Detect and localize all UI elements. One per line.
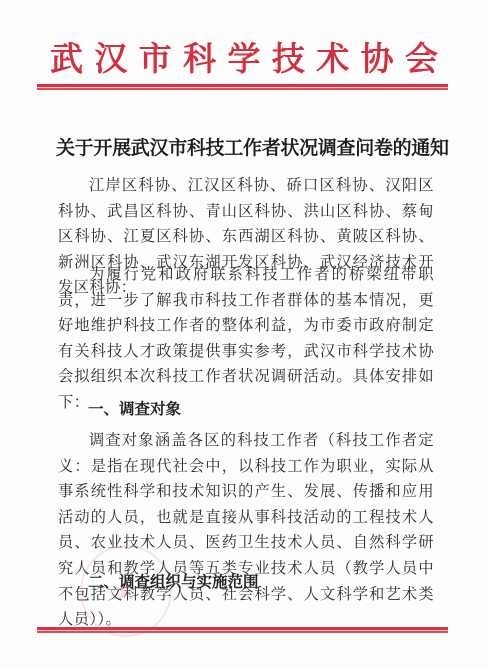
document-page: 武汉市科学技术协会 关于开展武汉市科技工作者状况调查问卷的通知 江岸区科协、江汉… <box>0 0 489 669</box>
letterhead-red-rule-top <box>37 84 448 90</box>
letterhead-organization-name: 武汉市科学技术协会 <box>50 39 440 79</box>
section-heading-organization-scope: 二、调查组织与实施范围 <box>88 571 259 593</box>
footer-red-rule <box>37 627 448 633</box>
section-heading-survey-target: 一、调查对象 <box>88 398 181 420</box>
intro-paragraph: 为履行党和政府联系科技工作者的桥梁纽带职责，进一步了解我市科技工作者群体的基本情… <box>58 262 434 416</box>
document-title: 关于开展武汉市科技工作者状况调查问卷的通知 <box>56 135 436 161</box>
